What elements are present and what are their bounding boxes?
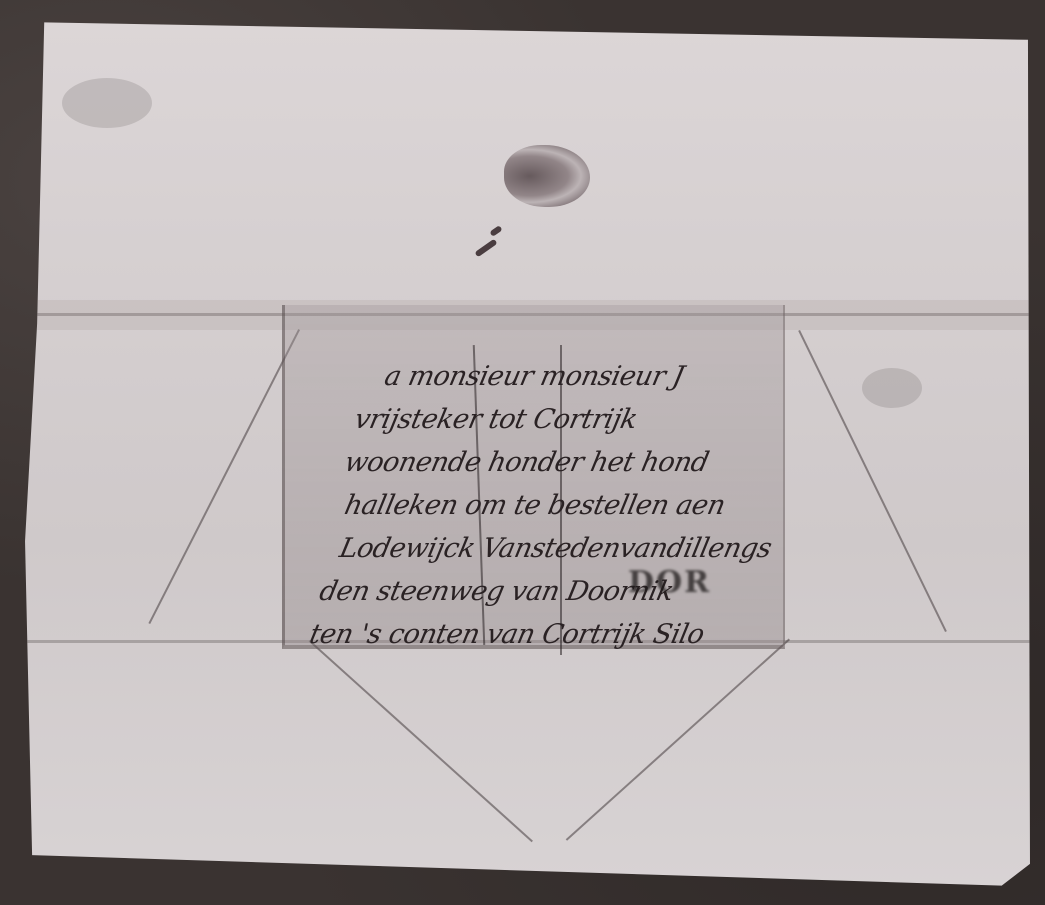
paper-stain xyxy=(862,368,922,408)
address-line: halleken om te bestellen aen xyxy=(295,484,804,527)
address-line: woonende honder het hond xyxy=(295,441,804,484)
address-line: den steenweg van Doornik xyxy=(295,570,804,613)
address-line: a monsieur monsieur J xyxy=(295,355,804,398)
postmark-stamp: DOR xyxy=(628,565,711,600)
address-line: vrijsteker tot Cortrijk xyxy=(295,398,804,441)
address-line: Lodewijck Vanstedenvandillengs xyxy=(295,527,804,570)
address-line: ten 's conten van Cortrijk Silo xyxy=(295,613,804,656)
paper-stain xyxy=(62,78,152,128)
wax-seal xyxy=(504,145,590,207)
handwritten-address: a monsieur monsieur J vrijsteker tot Cor… xyxy=(300,355,800,656)
